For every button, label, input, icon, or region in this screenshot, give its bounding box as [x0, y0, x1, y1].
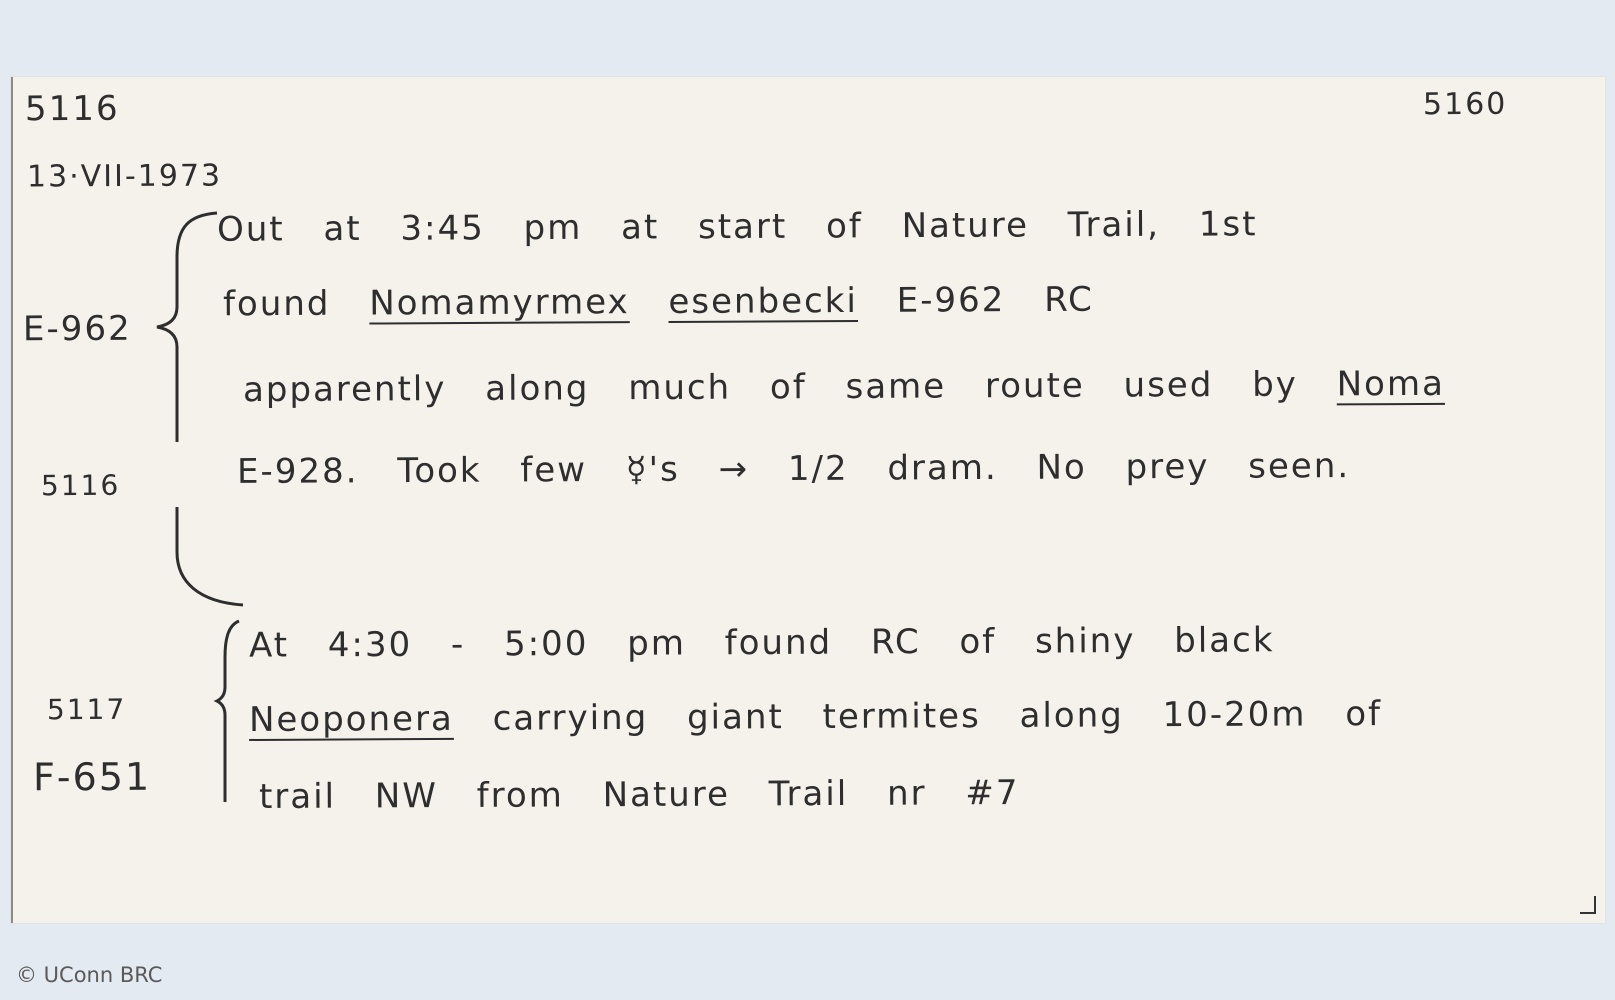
entry2-line3: trail NW from Nature Trail nr #7 [259, 773, 1020, 817]
catalog-number-top-left: 5116 [25, 89, 120, 129]
entry1-line2-pre: found [223, 284, 331, 325]
entry1-line3: apparently along much of same route used… [243, 364, 1445, 410]
date: 13·VII-1973 [27, 158, 222, 194]
catalog-number-top-right: 5160 [1423, 87, 1508, 122]
entry1-brace-icon [149, 207, 259, 617]
entry1-species: esenbecki [668, 281, 858, 322]
entry2-line2: Neoponera carrying giant termites along … [249, 694, 1382, 740]
entry2-catalog-number: 5117 [47, 693, 126, 726]
entry2-line2-post: carrying giant termites along 10-20m of [493, 694, 1383, 739]
entry1-line3-pre: apparently along much of same route used… [243, 365, 1298, 411]
entry1-line1: Out at 3:45 pm at start of Nature Trail,… [217, 204, 1258, 249]
entry2-line1: At 4:30 - 5:00 pm found RC of shiny blac… [249, 620, 1275, 665]
entry2-collection-code: F-651 [33, 755, 151, 800]
field-note-card: 5116 5160 13·VII-1973 E-962 5116 Out at … [11, 77, 1605, 923]
entry1-line2-post: E-962 RC [897, 280, 1094, 321]
entry1-genus: Nomamyrmex [369, 282, 630, 323]
entry1-catalog-number: 5116 [41, 469, 120, 502]
copyright-notice: © UConn BRC [16, 963, 162, 987]
entry1-line4: E-928. Took few ☿'s → 1/2 dram. No prey … [237, 446, 1350, 492]
entry1-line2: found Nomamyrmex esenbecki E-962 RC [223, 280, 1094, 325]
corner-mark [1580, 896, 1596, 914]
entry1-collection-code: E-962 [23, 309, 132, 350]
entry2-genus: Neoponera [249, 699, 454, 740]
entry1-line3-genus: Noma [1337, 364, 1445, 405]
